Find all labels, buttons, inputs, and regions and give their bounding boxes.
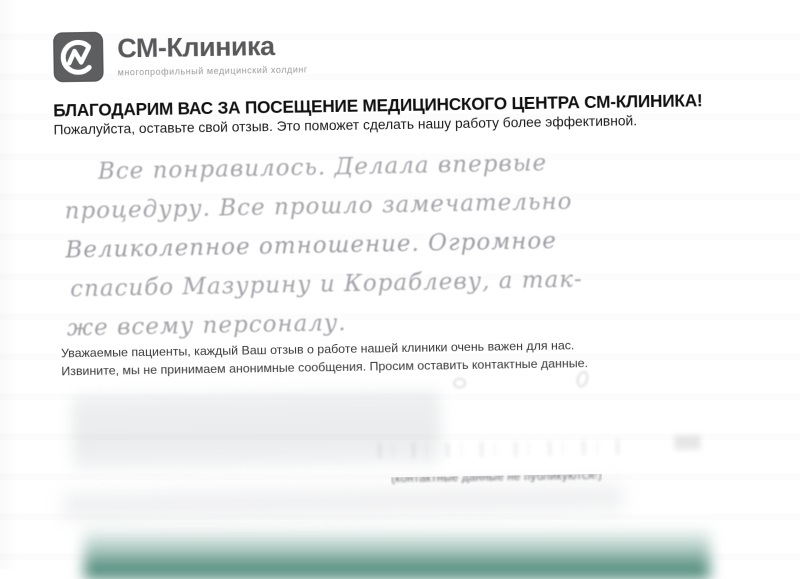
- redacted-caption: (контактные данные не публикуются!): [391, 469, 602, 485]
- paper-sheet: СМ-Клиника многопрофильный медицинский х…: [0, 0, 800, 569]
- clinic-logo: СМ-Клиника многопрофильный медицинский х…: [51, 27, 308, 83]
- redacted-signature-strip: [674, 435, 700, 449]
- scanned-feedback-form: СМ-Клиника многопрофильный медицинский х…: [0, 0, 800, 569]
- redacted-signature-strip: [378, 439, 626, 458]
- sm-clinic-monogram-icon: [51, 31, 106, 84]
- scan-haze: [63, 485, 623, 520]
- logo-text-block: СМ-Клиника многопрофильный медицинский х…: [117, 27, 308, 77]
- stray-pen-mark: [575, 370, 589, 388]
- logo-brand-name: СМ-Клиника: [117, 32, 308, 62]
- stray-pen-mark: [453, 378, 465, 388]
- handwritten-review: Все понравилось. Делала впервые процедур…: [64, 140, 758, 348]
- green-footer-bar: [84, 527, 710, 569]
- logo-tagline: многопрофильный медицинский холдинг: [118, 64, 308, 77]
- footer-note: Уважаемые пациенты, каждый Ваш отзыв о р…: [61, 337, 588, 380]
